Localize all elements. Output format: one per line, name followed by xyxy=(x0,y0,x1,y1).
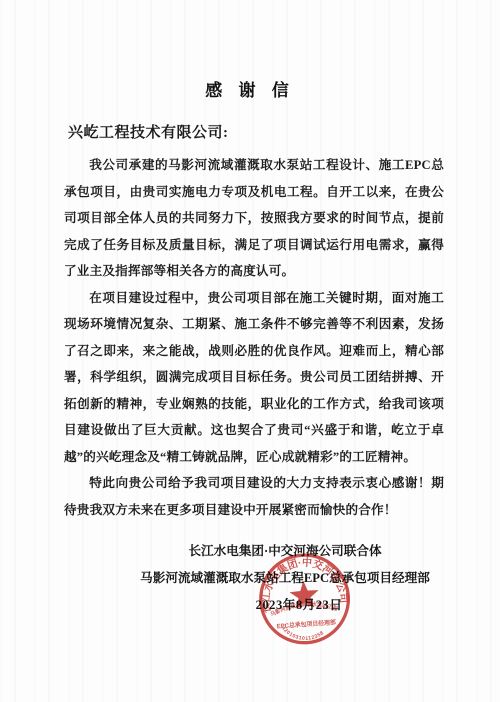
paragraph: 我公司承建的马影河流域灌溉取水泵站工程设计、施工EPC总承包项目，由贵司实施电力… xyxy=(64,152,444,285)
signature-company-line: 长江水电集团·中交河海公司联合体 xyxy=(95,538,475,565)
letter-title: 感 谢 信 xyxy=(0,0,500,101)
letter-page: 感 谢 信 兴屹工程技术有限公司: 我公司承建的马影河流域灌溉取水泵站工程设计、… xyxy=(0,0,500,702)
paragraph: 特此向贵公司给予我司项目建设的大力支持表示衷心感谢！期待贵我双方未来在更多项目建… xyxy=(64,470,444,523)
signature-date: 2023年8月23日 xyxy=(95,592,475,619)
seal-serial-number: 42010310112358 xyxy=(280,623,326,644)
seal-dept-line: EPC总承包项目经理部 xyxy=(277,617,337,630)
signature-block: 长江水电集团·中交河海公司联合体 马影河流域灌溉取水泵站工程EPC总承包项目经理… xyxy=(95,538,475,619)
salutation: 兴屹工程技术有限公司: xyxy=(68,121,500,142)
svg-text:42010310112358: 42010310112358 xyxy=(280,623,326,644)
paragraph: 在项目建设过程中，贵公司项目部在施工关键时期，面对施工现场环境情况复杂、工期紧、… xyxy=(64,285,444,471)
letter-body: 我公司承建的马影河流域灌溉取水泵站工程设计、施工EPC总承包项目，由贵司实施电力… xyxy=(64,152,444,523)
signature-dept-line: 马影河流域灌溉取水泵站工程EPC总承包项目经理部 xyxy=(95,565,475,592)
